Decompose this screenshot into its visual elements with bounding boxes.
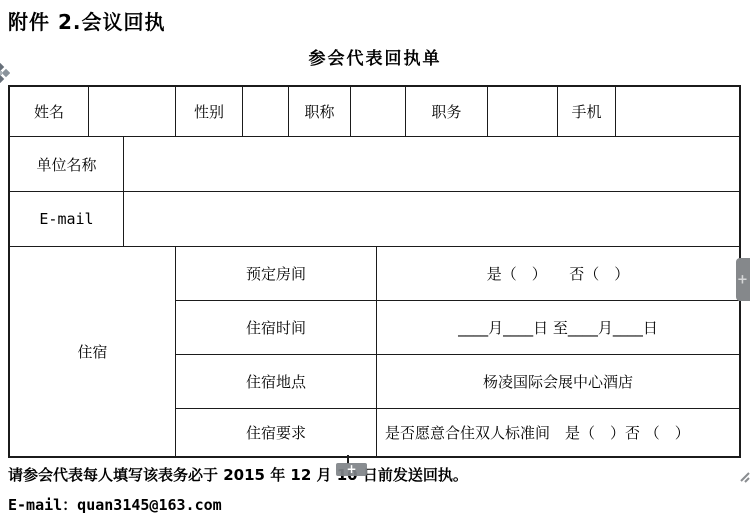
position-label-cell: 职务 xyxy=(406,87,488,136)
table-row: 姓名 性别 职称 职务 手机 xyxy=(10,87,739,137)
gender-value-cell[interactable] xyxy=(243,87,289,136)
stay-requirements-label-cell: 住宿要求 xyxy=(176,409,377,456)
name-label-cell: 姓名 xyxy=(10,87,89,136)
name-value-cell[interactable] xyxy=(89,87,176,136)
table-row: 预定房间 是（ ） 否（ ） xyxy=(176,247,739,301)
stay-requirements-value-cell[interactable]: 是否愿意合住双人标准间 是（ ）否 （ ） xyxy=(377,409,739,456)
stay-location-label-cell: 住宿地点 xyxy=(176,355,377,408)
table-row: E-mail xyxy=(10,192,739,247)
professional-title-label-cell: 职称 xyxy=(289,87,351,136)
room-reservation-label-cell: 预定房间 xyxy=(176,247,377,300)
attachment-heading: 附件 2.会议回执 xyxy=(8,6,165,35)
email-label-cell: E-mail xyxy=(10,192,124,246)
table-resize-corner-icon[interactable] xyxy=(739,468,750,479)
insert-column-handle[interactable]: + xyxy=(736,258,750,301)
table-row: 住宿要求 是否愿意合住双人标准间 是（ ）否 （ ） xyxy=(176,409,739,456)
footer-note: 请参会代表每人填写该表务必于 2015 年 12 月 10 日前发送回执。 xyxy=(8,464,468,485)
form-title: 参会代表回执单 xyxy=(0,44,750,69)
stay-dates-label-cell: 住宿时间 xyxy=(176,301,377,354)
table-row: 单位名称 xyxy=(10,137,739,192)
professional-title-value-cell[interactable] xyxy=(351,87,406,136)
footer-email: E-mail：quan3145@163.com xyxy=(8,494,222,515)
email-value-cell[interactable] xyxy=(124,192,739,246)
plus-icon: + xyxy=(336,463,367,475)
org-name-label-cell: 单位名称 xyxy=(10,137,124,191)
accommodation-rows: 预定房间 是（ ） 否（ ） 住宿时间 ____月____日 至____月___… xyxy=(176,247,739,456)
mobile-value-cell[interactable] xyxy=(616,87,739,136)
gender-label-cell: 性别 xyxy=(176,87,243,136)
position-value-cell[interactable] xyxy=(488,87,558,136)
stay-location-value-cell[interactable]: 杨凌国际会展中心酒店 xyxy=(377,355,739,408)
org-name-value-cell[interactable] xyxy=(124,137,739,191)
room-reservation-value-cell[interactable]: 是（ ） 否（ ） xyxy=(377,247,739,300)
table-row: 住宿时间 ____月____日 至____月____日 xyxy=(176,301,739,355)
accommodation-group: 住宿 预定房间 是（ ） 否（ ） 住宿时间 ____月____日 至____月… xyxy=(10,247,739,456)
insert-row-handle[interactable]: + xyxy=(336,463,367,476)
document-page: 附件 2.会议回执 参会代表回执单 姓名 性别 职称 职务 手机 单位名称 E-… xyxy=(0,0,750,521)
mobile-label-cell: 手机 xyxy=(558,87,616,136)
table-row: 住宿地点 杨凌国际会展中心酒店 xyxy=(176,355,739,409)
plus-icon: + xyxy=(737,273,748,286)
reply-form-table: 姓名 性别 职称 职务 手机 单位名称 E-mail 住宿 预定房间 xyxy=(8,85,741,458)
stay-dates-value-cell[interactable]: ____月____日 至____月____日 xyxy=(377,301,739,354)
accommodation-group-label-cell: 住宿 xyxy=(10,247,176,456)
